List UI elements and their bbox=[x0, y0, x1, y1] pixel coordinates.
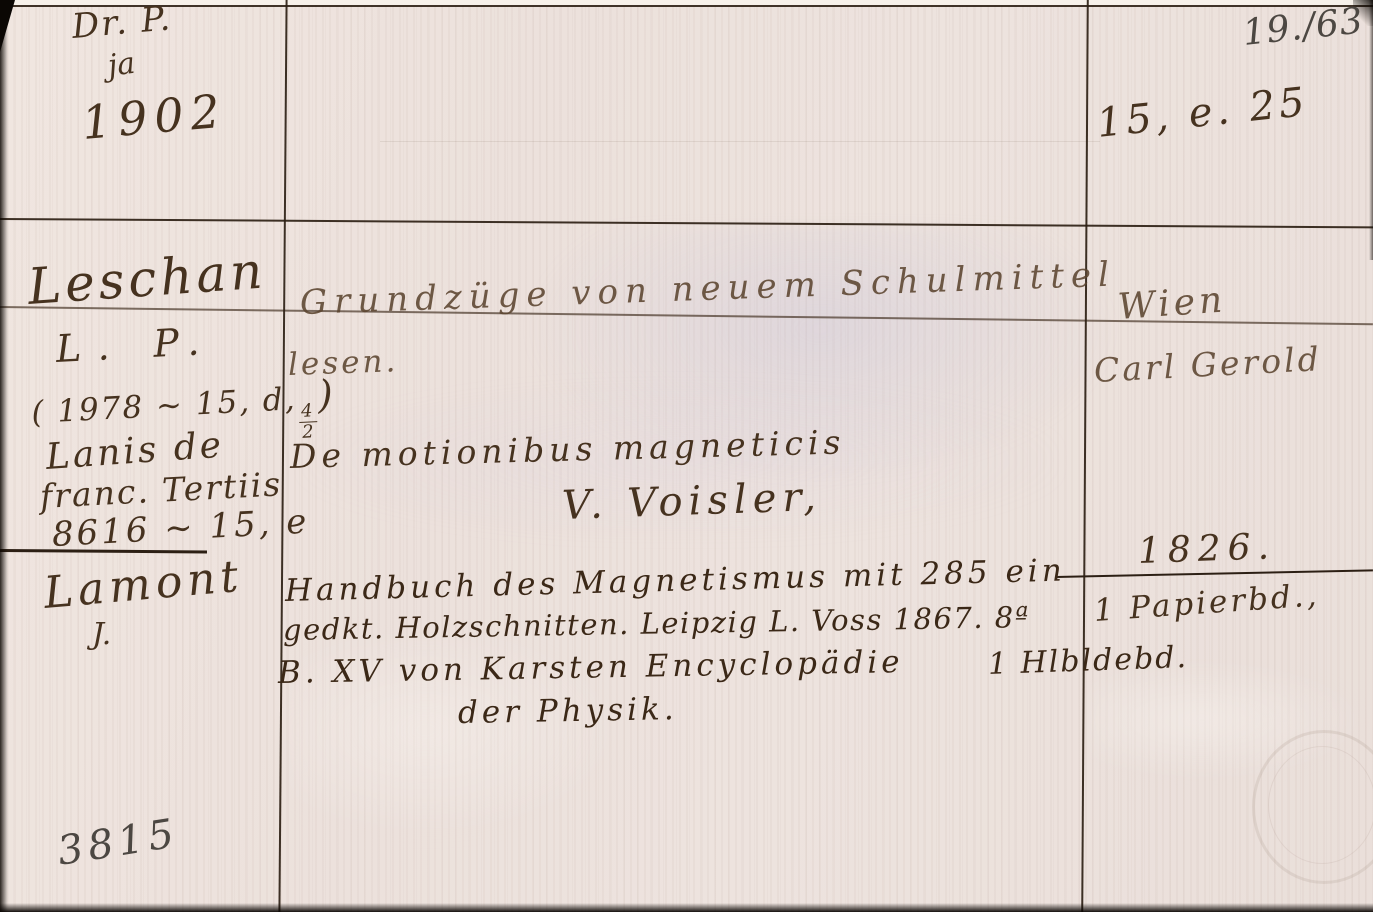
right-column-divider bbox=[1081, 0, 1089, 912]
entry2-title: De motionibus magneticis bbox=[290, 425, 846, 473]
header-divider-line bbox=[0, 218, 1373, 228]
embossed-stamp bbox=[1252, 730, 1373, 884]
paper-crease-line bbox=[380, 141, 1100, 142]
scan-edge-left bbox=[0, 0, 8, 912]
scan-edge-right bbox=[1369, 0, 1373, 260]
entry3-series-line1: B. XV von Karsten Encyclopädie bbox=[278, 647, 904, 689]
catalog-card: Dr. P. ja 1902 19./63 15, e. 25 Leschan … bbox=[0, 0, 1373, 912]
entry1-author-name: Leschan bbox=[26, 245, 268, 312]
entry3-author-name: Lamont bbox=[42, 555, 245, 616]
inventory-number: 3815 bbox=[55, 813, 182, 872]
scan-edge-bottom bbox=[0, 903, 1373, 912]
owner-initials-sub: ja bbox=[106, 49, 137, 82]
shelfmark: 15, e. 25 bbox=[1095, 82, 1310, 144]
entry2-year: 1826. bbox=[1137, 529, 1276, 570]
left-column-divider bbox=[278, 0, 287, 912]
entry1-title-line1: Grundzüge von neuem Schulmittel bbox=[299, 258, 1116, 320]
entry1-reference-prefix: ( 1978 ~ 15, d, bbox=[30, 381, 297, 431]
entry3-author-initials: J. bbox=[92, 620, 111, 650]
entry1-publisher: Carl Gerold bbox=[1093, 342, 1322, 387]
top-rule-line bbox=[0, 5, 1373, 7]
entry1-place: Wien bbox=[1117, 282, 1228, 325]
entry1-author-initials: L. P. bbox=[55, 322, 216, 368]
owner-initials: Dr. P. bbox=[71, 1, 174, 44]
fraction-numerator: 4 bbox=[299, 402, 317, 423]
right-column-row-divider bbox=[1056, 569, 1373, 578]
paper-blotch bbox=[1090, 660, 1370, 780]
entry3-title-line1: Handbuch des Magnetismus mit 285 ein bbox=[285, 556, 1066, 607]
year-annotation: 1902 bbox=[80, 87, 229, 145]
entry3-binding-note2: 1 Hlbldebd. bbox=[987, 643, 1188, 680]
entry3-title-line2: gedkt. Holzschnitten. Leipzig L. Voss 18… bbox=[283, 603, 1030, 645]
entry1-title-line2: lesen. bbox=[287, 346, 398, 381]
entry3-series-line2: der Physik. bbox=[458, 694, 678, 729]
embossed-stamp-inner-ring bbox=[1268, 746, 1373, 864]
entry2-responsibility: V. Voisler, bbox=[561, 477, 822, 526]
accession-number: 19./63 bbox=[1241, 3, 1365, 51]
entry3-binding-note1: 1 Papierbd., bbox=[1093, 580, 1320, 627]
scan-corner-top-left bbox=[0, 0, 15, 52]
